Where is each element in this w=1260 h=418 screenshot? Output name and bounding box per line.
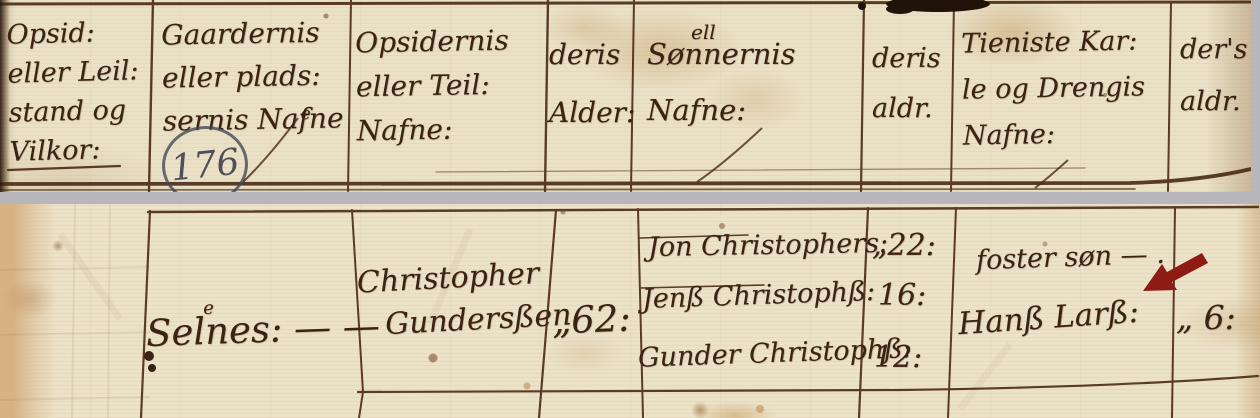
superscript-e: e xyxy=(300,93,311,136)
header-text-line: eller Teil: xyxy=(356,63,510,110)
header-text-line: Alder: xyxy=(549,84,636,142)
header-col-sons-age: deris aldr. xyxy=(872,34,941,134)
record-strip: Selnes: — — e Christopher Gundersßen „62… xyxy=(0,204,1260,418)
header-text-line: Tieniste Kar: xyxy=(961,18,1145,67)
header-text-line: deris xyxy=(549,26,636,84)
header-text-line: Nafne: xyxy=(356,107,510,154)
header-text-line: aldr. xyxy=(1180,76,1247,128)
header-text-line: eller plads: xyxy=(162,53,343,99)
header-col-sons-names: Sønnernis Nafne: ell xyxy=(647,26,796,138)
red-arrow-annotation xyxy=(0,204,1260,418)
header-text-line: le og Drengis xyxy=(962,64,1146,113)
census-ledger-scan: Opsid: eller Leil: stand og Vilkor: Gaar… xyxy=(0,0,1260,418)
header-text-line: Gaardernis xyxy=(161,10,342,56)
superscript-ell: ell xyxy=(691,4,716,60)
header-text-line: deris xyxy=(872,34,941,84)
header-text-line: Opsidernis xyxy=(355,19,509,66)
header-col-farm-name: Gaardernis eller plads: sernis Nafne e xyxy=(161,10,344,142)
header-col-stand-vilkor: Opsid: eller Leil: stand og Vilkor: xyxy=(6,12,141,171)
header-col-servants-names: Tieniste Kar: le og Drengis Nafne: xyxy=(961,18,1146,159)
header-text-line: Nafne: xyxy=(962,110,1146,159)
header-col-servants-age: der's aldr. xyxy=(1180,24,1247,128)
header-strip: Opsid: eller Leil: stand og Vilkor: Gaar… xyxy=(0,0,1251,192)
header-col-opsidder-name: Opsidernis eller Teil: Nafne: xyxy=(355,19,511,154)
stamp-number: 176 xyxy=(169,141,242,189)
header-text-line: stand og xyxy=(8,90,140,132)
red-arrow-shape xyxy=(1143,253,1208,291)
header-text-line: der's xyxy=(1180,24,1247,76)
header-text-line: aldr. xyxy=(872,84,941,134)
header-text-line: Opsid: xyxy=(6,12,138,54)
header-text-line: Sønnernis xyxy=(647,26,796,82)
header-text-line: eller Leil: xyxy=(7,51,139,93)
header-text-line: Vilkor: xyxy=(9,129,141,171)
header-text-line: Nafne: xyxy=(647,82,796,138)
header-col-opsidder-age: deris Alder: xyxy=(549,26,636,142)
